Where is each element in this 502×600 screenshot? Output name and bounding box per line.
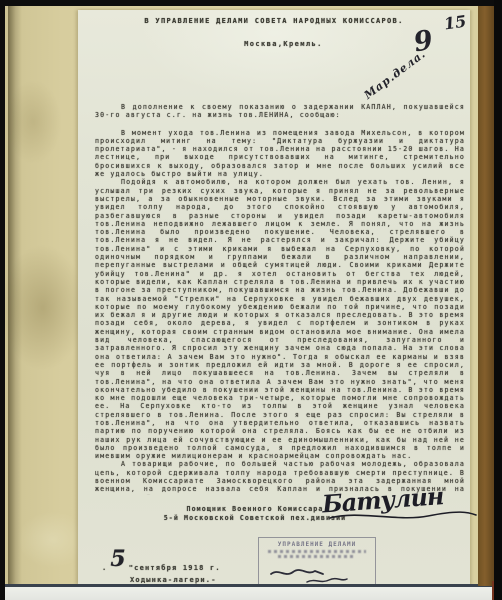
stamp-illegible-line (278, 555, 357, 558)
handwritten-day: 5 (107, 546, 128, 572)
scan-bottom-strip (0, 587, 502, 600)
paragraph: В момент ухода тов.Ленина из помещения з… (95, 129, 465, 179)
document-subheader: Москва,Кремль. (244, 40, 323, 48)
office-stamp: УПРАВЛЕНИЕ ДЕЛАМИ (258, 537, 376, 586)
scan-frame-left (0, 0, 5, 600)
book-binding-edge (478, 3, 495, 586)
paragraph: В дополнение к своему показанию о задерж… (95, 103, 465, 120)
handwritten-page-number: 15 (443, 12, 468, 34)
date-rest: "сентября 1918 г. (129, 564, 221, 572)
binding-gutter-shadow (8, 6, 22, 586)
scan-frame-top (0, 0, 502, 6)
date-line: .5"сентября 1918 г. (102, 550, 221, 576)
paragraph: Подойдя к автомобилю, на котором должен … (95, 178, 465, 460)
stamp-illegible-line (268, 550, 365, 553)
document-photo: В УПРАВЛЕНИЕ ДЕЛАМИ СОВЕТА НАРОДНЫХ КОМИ… (78, 10, 470, 585)
place-line: Ходынка-лагери.- (130, 576, 217, 584)
scanned-archive-page: В УПРАВЛЕНИЕ ДЕЛАМИ СОВЕТА НАРОДНЫХ КОМИ… (0, 0, 502, 600)
document-body: В дополнение к своему показанию о задерж… (95, 103, 465, 495)
stamp-title: УПРАВЛЕНИЕ ДЕЛАМИ (259, 541, 375, 548)
stamp-handwritten-scribble (267, 564, 367, 586)
scan-frame-right (494, 0, 502, 600)
document-header: В УПРАВЛЕНИЕ ДЕЛАМИ СОВЕТА НАРОДНЫХ КОМИ… (78, 17, 470, 25)
